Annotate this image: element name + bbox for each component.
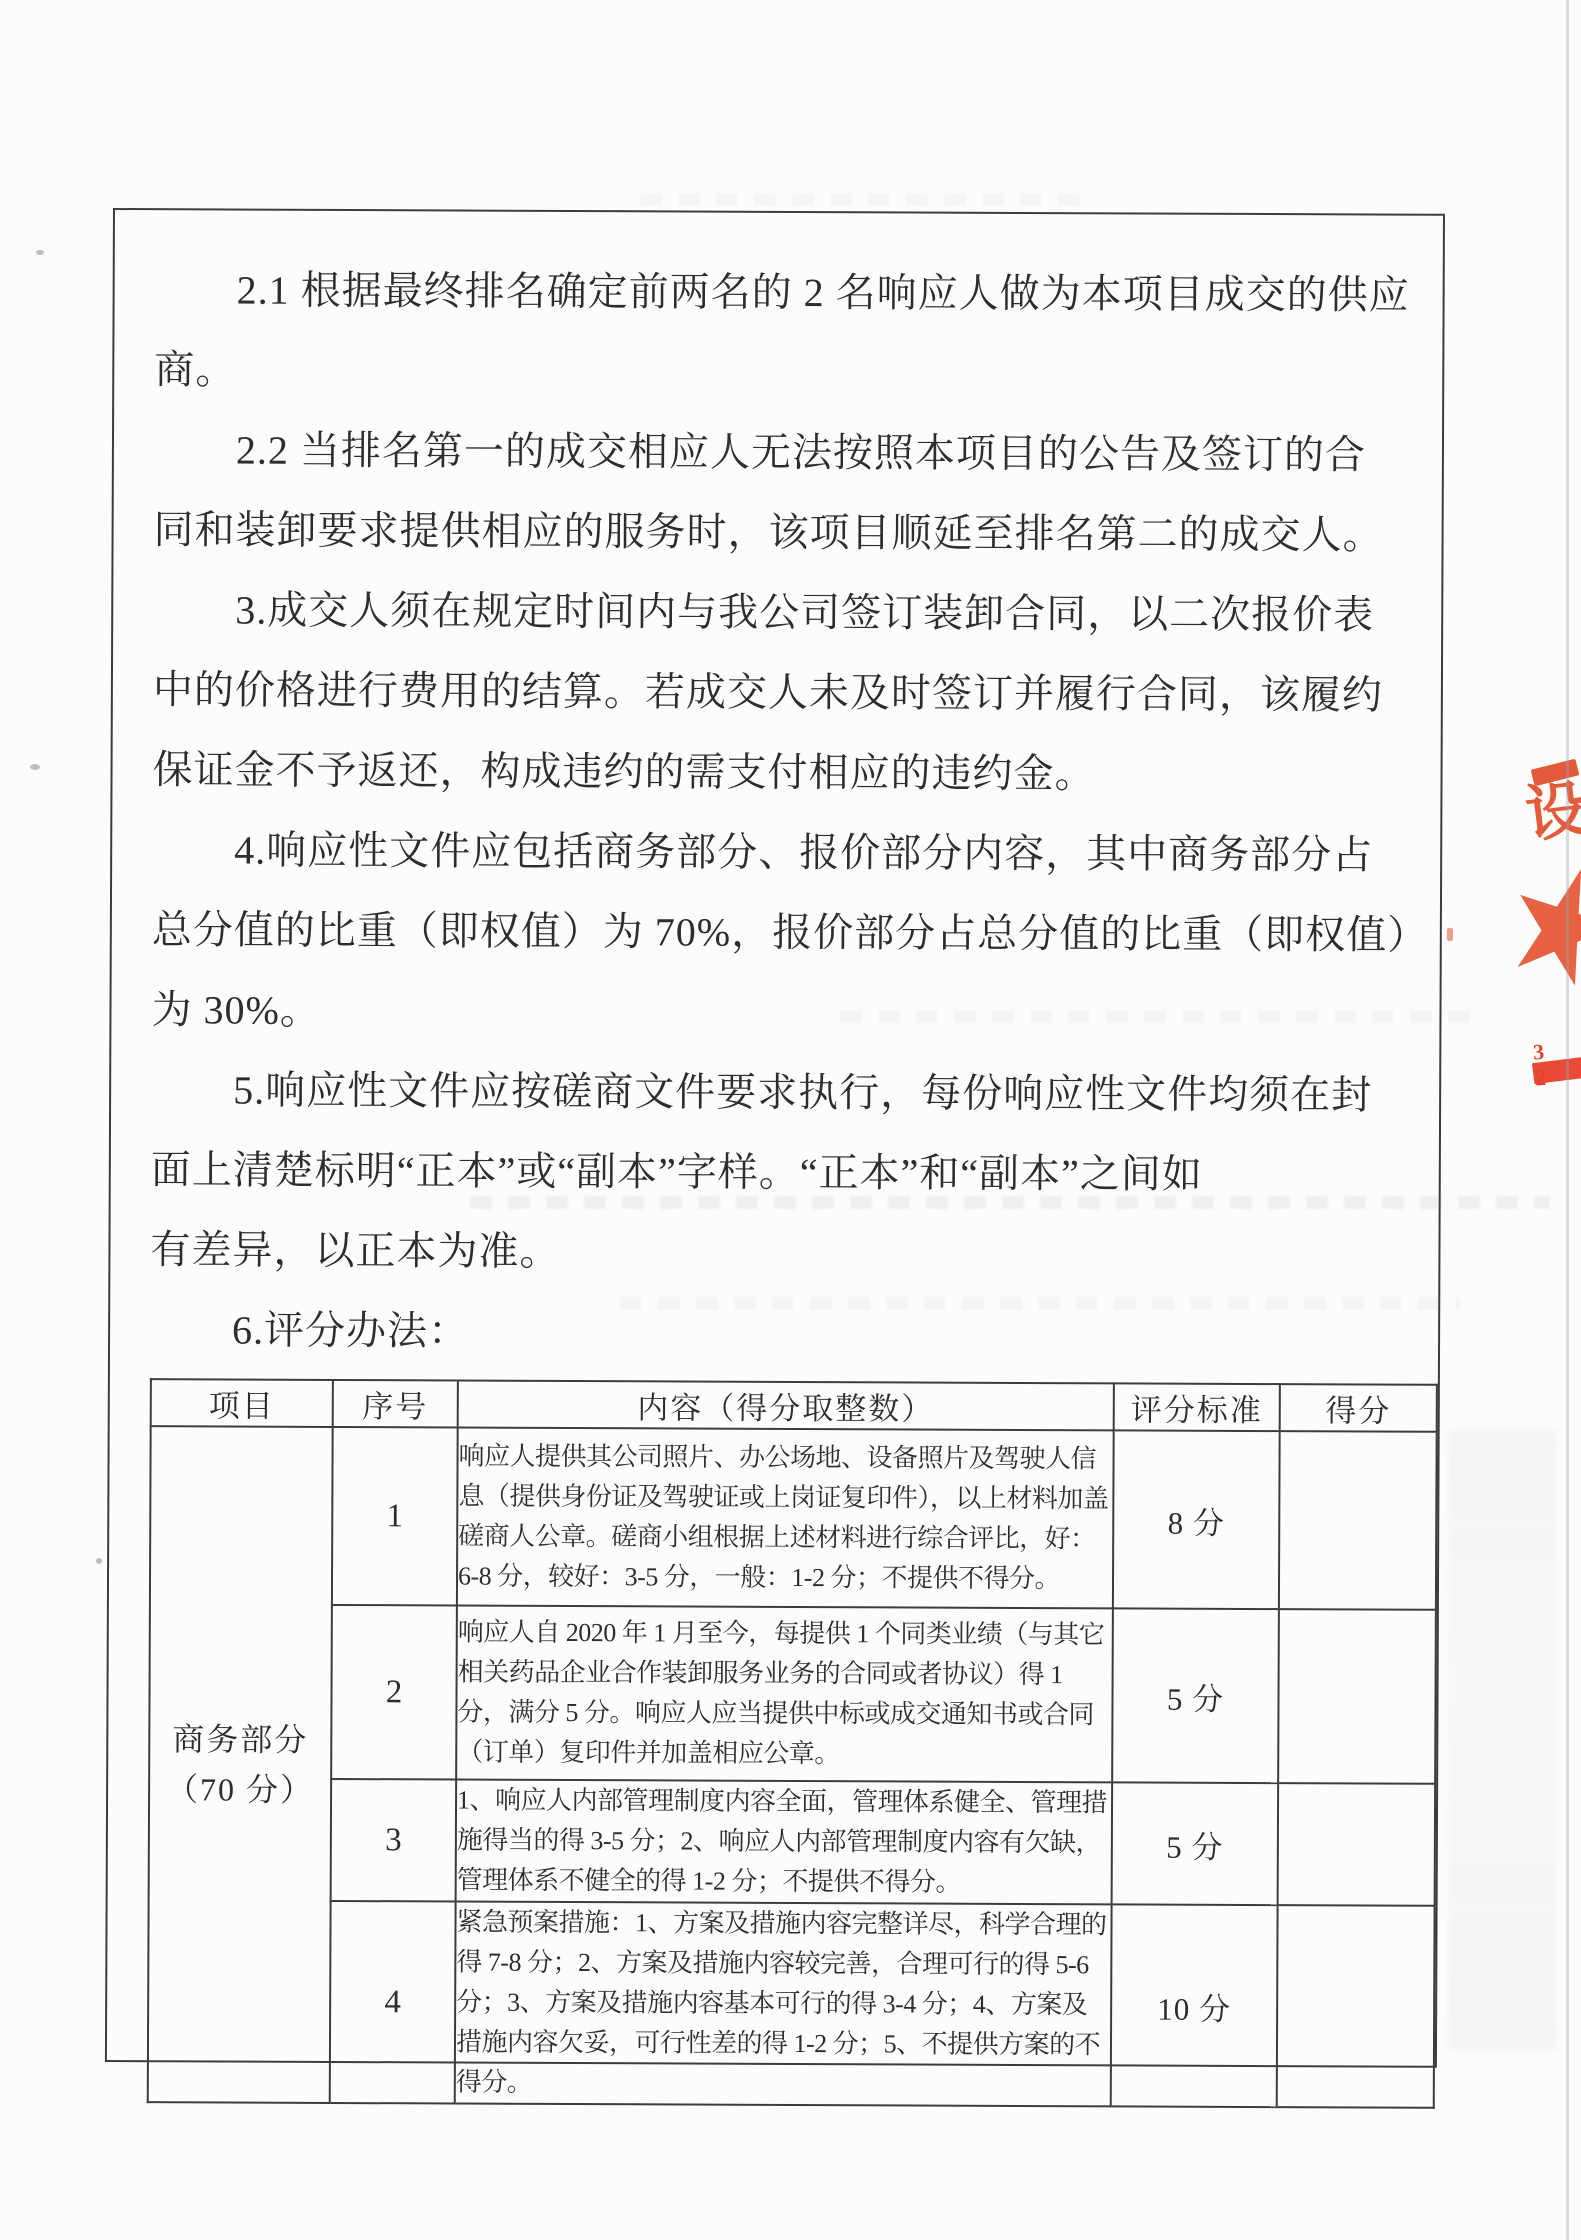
- table-row: 4 紧急预案措施：1、方案及措施内容完整详尽，科学合理的得 7-8 分；2、方案…: [148, 1900, 1435, 2108]
- seq-cell: 4: [330, 1901, 456, 2104]
- body-text-line: 商。: [154, 330, 1438, 416]
- table-header-row: 项目 序号 内容（得分取整数） 评分标准 得分: [151, 1379, 1437, 1432]
- content-cell: 紧急预案措施：1、方案及措施内容完整详尽，科学合理的得 7-8 分；2、方案及措…: [455, 1902, 1112, 2107]
- body-text-line: 2.1 根据最终排名确定前两名的 2 名响应人做为本项目成交的供应: [154, 250, 1438, 336]
- category-cell: 商务部分 （70 分）: [148, 1426, 333, 2103]
- header-content: 内容（得分取整数）: [458, 1381, 1114, 1431]
- scan-artifact: [36, 250, 44, 255]
- category-line: （70 分）: [166, 1771, 314, 1808]
- scan-artifact: [470, 1196, 1550, 1209]
- body-text-line: 3.成交人须在规定时间内与我公司签订装卸合同，以二次报价表: [153, 570, 1437, 656]
- table-row: 3 1、响应人内部管理制度内容全面，管理体系健全、管理措施得当的得 3-5 分；…: [149, 1778, 1436, 1906]
- scan-artifact: [640, 193, 1090, 206]
- header-criteria: 评分标准: [1114, 1383, 1280, 1431]
- body-text-line: 保证金不予返还，构成违约的需支付相应的违约金。: [152, 730, 1436, 816]
- scan-artifact: [30, 764, 40, 770]
- score-cell: [1278, 1783, 1436, 1906]
- stamp-character: 设: [1522, 778, 1581, 847]
- scan-artifact: [96, 1558, 102, 1564]
- body-text-line: 2.2 当排名第一的成交相应人无法按照本项目的公告及签订的合: [154, 410, 1438, 496]
- seq-cell: 1: [332, 1427, 458, 1606]
- content-cell: 响应人提供其公司照片、办公场地、设备照片及驾驶人信息（提供身份证及驾驶证或上岗证…: [457, 1428, 1114, 1609]
- criteria-cell: 5 分: [1112, 1782, 1279, 1905]
- scoring-table: 项目 序号 内容（得分取整数） 评分标准 得分 商务部分 （70 分） 1 响应…: [147, 1378, 1438, 2109]
- scan-artifact: [620, 1297, 1460, 1310]
- scan-artifact: [1448, 1430, 1556, 2050]
- page-edge-shadow: [1566, 0, 1569, 2240]
- body-text-line: 总分值的比重（即权值）为 70%，报价部分占总分值的比重（即权值）: [152, 890, 1436, 976]
- score-cell: [1277, 1905, 1435, 2108]
- body-text-line: 5.响应性文件应按磋商文件要求执行，每份响应性文件均须在封: [151, 1050, 1435, 1136]
- seq-cell: 3: [331, 1779, 457, 1902]
- category-line: 商务部分: [172, 1721, 308, 1758]
- content-cell: 1、响应人内部管理制度内容全面，管理体系健全、管理措施得当的得 3-5 分；2、…: [456, 1780, 1113, 1905]
- body-text-line: 4.响应性文件应包括商务部分、报价部分内容，其中商务部分占: [152, 810, 1436, 896]
- body-text-line: 中的价格进行费用的结算。若成交人未及时签订并履行合同，该履约: [153, 650, 1437, 736]
- table-row: 商务部分 （70 分） 1 响应人提供其公司照片、办公场地、设备照片及驾驶人信息…: [150, 1426, 1437, 1610]
- criteria-cell: 10 分: [1111, 1904, 1278, 2107]
- stamp-fragment: [1447, 928, 1453, 941]
- seq-cell: 2: [331, 1605, 457, 1780]
- body-text-line: 同和装卸要求提供相应的服务时，该项目顺延至排名第二的成交人。: [153, 490, 1437, 576]
- table-row: 2 响应人自 2020 年 1 月至今，每提供 1 个同类业绩（与其它相关药品企…: [149, 1604, 1436, 1784]
- header-seq: 序号: [333, 1380, 458, 1428]
- score-cell: [1279, 1431, 1437, 1610]
- score-cell: [1278, 1609, 1436, 1784]
- criteria-cell: 8 分: [1113, 1430, 1280, 1609]
- scan-artifact: [840, 1010, 1480, 1023]
- body-text-line: 有差异，以正本为准。: [150, 1210, 1434, 1296]
- criteria-cell: 5 分: [1112, 1608, 1279, 1783]
- paper-sheet: 2.1 根据最终排名确定前两名的 2 名响应人做为本项目成交的供应 商。 2.2…: [0, 0, 1581, 2240]
- header-score: 得分: [1280, 1384, 1437, 1432]
- content-cell: 响应人自 2020 年 1 月至今，每提供 1 个同类业绩（与其它相关药品企业合…: [456, 1606, 1113, 1783]
- scanned-document-page: 2.1 根据最终排名确定前两名的 2 名响应人做为本项目成交的供应 商。 2.2…: [0, 0, 1581, 2240]
- header-item: 项目: [151, 1379, 333, 1427]
